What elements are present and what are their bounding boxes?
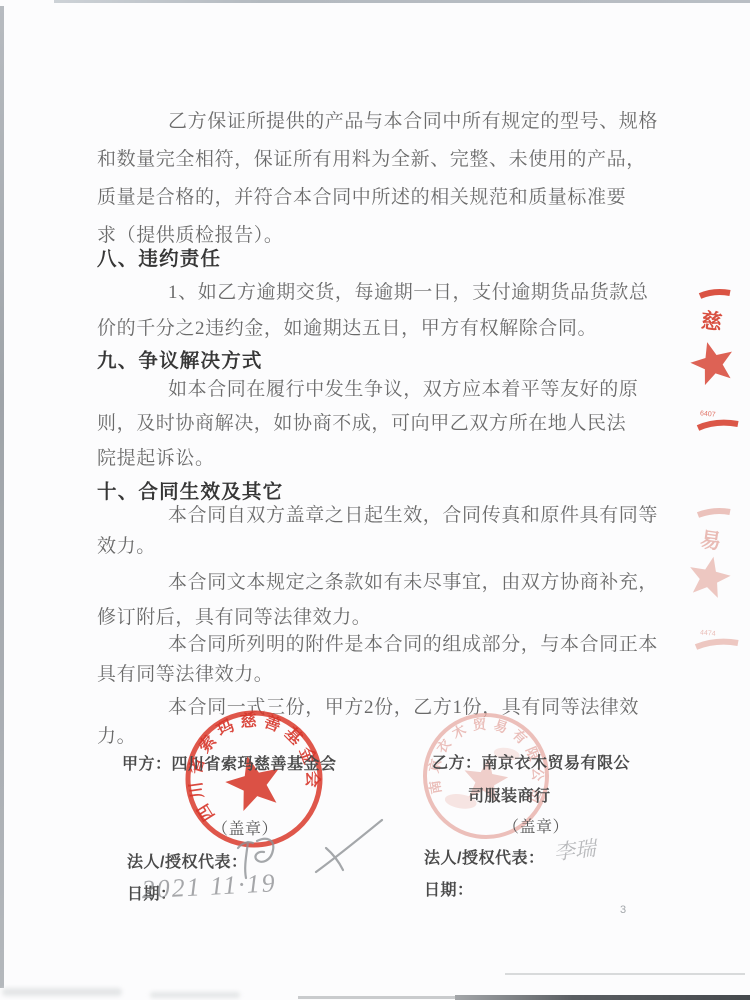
section-heading-8: 八、违约责任	[97, 243, 221, 271]
party-a-date-handwriting: 2021 11·19	[138, 866, 348, 914]
party-b-name-line-1: 乙方：南京衣木贸易有限公	[432, 750, 630, 773]
party-b-date-label: 日期：	[424, 877, 474, 900]
party-b-rep-signature: 李瑞	[550, 833, 620, 873]
contract-line: 力。	[97, 721, 136, 748]
svg-text:李瑞: 李瑞	[553, 836, 600, 865]
contract-line: 具有同等法律效力。	[97, 659, 273, 686]
scan-bottom-line-extension	[298, 996, 458, 999]
scanned-contract-page: 乙方保证所提供的产品与本合同中所有规定的型号、规格 和数量完全相符，保证所有用料…	[0, 0, 750, 1000]
contract-line: 如本合同在履行中发生争议，双方应本着平等友好的原	[168, 374, 638, 401]
svg-text:2021 11·19: 2021 11·19	[141, 868, 277, 904]
scan-bottom-dark-line	[455, 995, 750, 1000]
scan-top-edge-shadow	[54, 0, 750, 3]
scan-bottom-faint-line	[505, 973, 745, 975]
edge-seal-bottom-code: 4474	[700, 629, 716, 637]
edge-seal-top-code: 6407	[700, 410, 716, 418]
contract-line: 院提起诉讼。	[97, 443, 215, 470]
contract-line: 和数量完全相符，保证所有用料为全新、完整、未使用的产品，	[97, 144, 646, 171]
scan-left-edge-shadow	[0, 6, 4, 988]
scan-smudge	[2, 988, 122, 996]
contract-line: 效力。	[97, 531, 156, 558]
contract-line: 本合同文本规定之条款如有未尽事宜，由双方协商补充，	[168, 567, 658, 594]
party-a-name-line: 甲方：四川省索玛慈善基金会	[122, 751, 337, 774]
contract-line: 1、如乙方逾期交货，每逾期一日，支付逾期货品货款总	[168, 277, 649, 304]
party-b-name-line-2: 司服装商行	[468, 783, 551, 806]
contract-line: 本合同自双方盖章之日起生效，合同传真和原件具有同等	[168, 500, 658, 527]
scan-smudge	[150, 992, 240, 998]
edge-seal-fragment-bottom: 易 4474	[686, 503, 750, 653]
contract-line: 修订附后，具有同等法律效力。	[97, 602, 371, 629]
page-number: 3	[620, 904, 626, 916]
edge-seal-fragment-top: 慈 6407	[688, 286, 750, 436]
edge-seal-bottom-char: 易	[699, 527, 723, 554]
party-b-rep-label: 法人/授权代表：	[424, 845, 544, 868]
edge-seal-bottom-star-icon	[686, 552, 734, 599]
section-heading-9: 九、争议解决方式	[97, 345, 263, 373]
contract-line: 则，及时协商解决，如协商不成，可向甲乙双方所在地人民法	[97, 408, 626, 435]
contract-line: 乙方保证所提供的产品与本合同中所有规定的型号、规格	[168, 106, 658, 133]
contract-line: 价的千分之2违约金，如逾期达五日，甲方有权解除合同。	[97, 313, 597, 340]
edge-seal-top-char: 慈	[700, 308, 724, 334]
contract-line: 质量是合格的，并符合本合同中所述的相关规范和质量标准要	[97, 182, 626, 209]
edge-seal-top-star-icon	[688, 337, 739, 388]
contract-line: 本合同所列明的附件是本合同的组成部分，与本合同正本	[168, 629, 658, 656]
